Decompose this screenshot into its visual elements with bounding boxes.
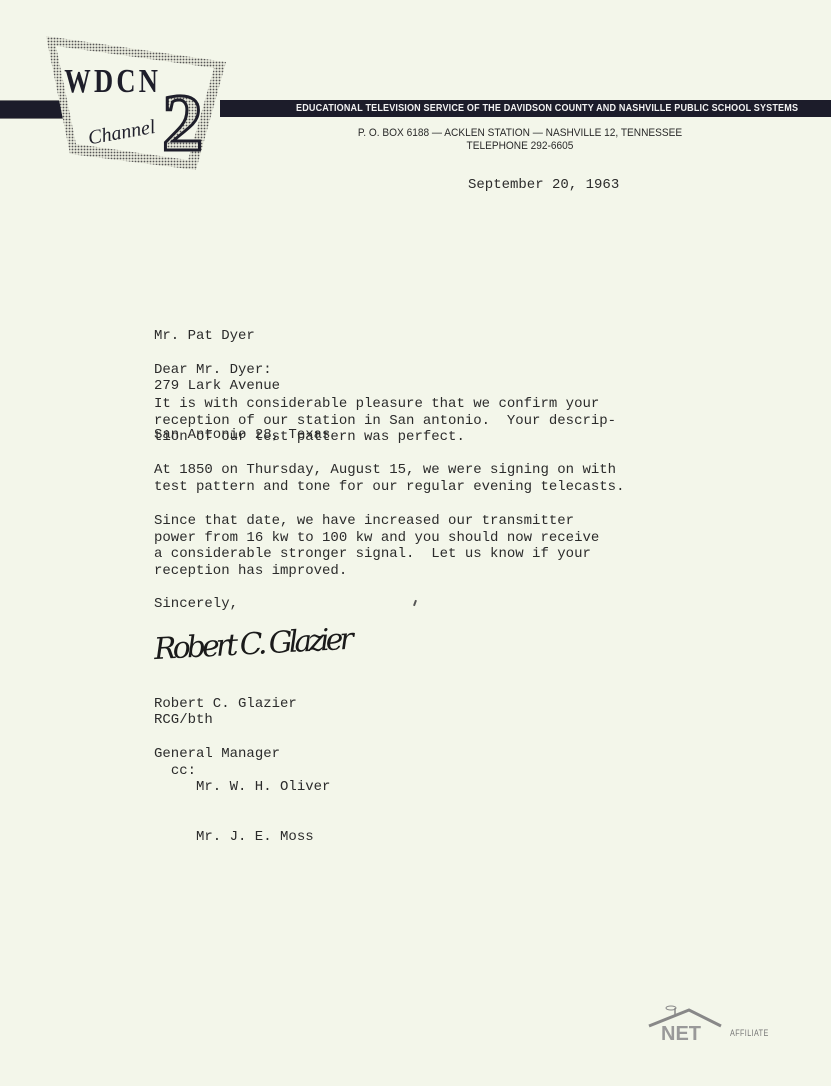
svg-text:NET: NET	[661, 1023, 701, 1044]
svg-text:Robert C. Glazier: Robert C. Glazier	[152, 622, 356, 666]
paragraph-2: At 1850 on Thursday, August 15, we were …	[154, 462, 624, 495]
address-line: P. O. BOX 6188 — ACKLEN STATION — NASHVI…	[318, 127, 723, 140]
letter-date: September 20, 1963	[468, 177, 619, 193]
closing: Sincerely,	[154, 596, 238, 613]
wdcn-logo-icon: WDCN Channel 2	[44, 34, 234, 174]
svg-text:WDCN: WDCN	[64, 62, 158, 100]
pen-mark	[413, 600, 417, 606]
telephone: TELEPHONE 292-6605	[318, 140, 723, 153]
cc-label: cc:	[171, 763, 196, 779]
letterhead-address: P. O. BOX 6188 — ACKLEN STATION — NASHVI…	[318, 127, 723, 153]
net-logo-icon: NET	[645, 1004, 725, 1044]
paragraph-1: It is with considerable pleasure that we…	[154, 396, 616, 446]
signer-name: Robert C. Glazier	[154, 696, 297, 713]
letterhead-banner: EDUCATIONAL TELEVISION SERVICE OF THE DA…	[296, 102, 798, 114]
recipient-line: Mr. Pat Dyer	[154, 328, 330, 345]
paragraph-3: Since that date, we have increased our t…	[154, 513, 599, 579]
affiliate-label: AFFILIATE	[730, 1028, 769, 1038]
svg-text:2: 2	[162, 77, 203, 168]
cc-recipient: Mr. J. E. Moss	[196, 829, 330, 846]
signature-icon: Robert C. Glazier	[152, 616, 362, 666]
initials: RCG/bth	[154, 712, 213, 729]
cc-recipient: Mr. W. H. Oliver	[196, 779, 330, 796]
cc-block: cc:	[154, 746, 196, 779]
recipient-line: 279 Lark Avenue	[154, 378, 330, 395]
cc-list: Mr. W. H. Oliver Mr. J. E. Moss	[196, 746, 330, 862]
salutation: Dear Mr. Dyer:	[154, 362, 272, 379]
